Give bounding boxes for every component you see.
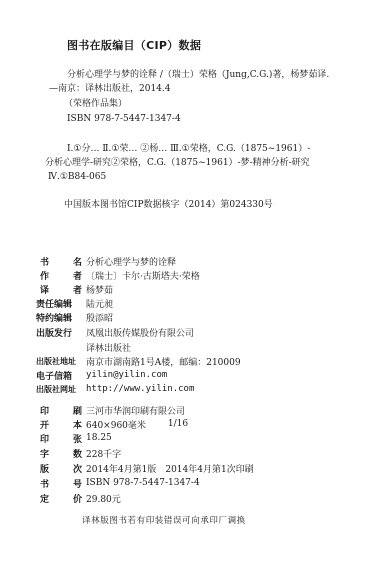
label: 译	[40, 283, 49, 296]
colophon-row-email: 电子信箱 yilin@yilin.com	[36, 368, 167, 382]
label: 价	[73, 492, 82, 505]
cip-isbn: ISBN 978-7-5447-1347-4	[67, 113, 181, 126]
editor-value: 陆元昶	[86, 297, 113, 310]
address-value: 南京市湖南路1号A楼，邮编：210009	[86, 355, 241, 368]
label: 张	[73, 432, 82, 445]
label: 定	[40, 492, 49, 505]
colophon-row-editor: 责任编辑 陆元昶	[36, 296, 113, 310]
colophon-row-word-count: 字数 228千字	[36, 446, 121, 460]
label: 书	[40, 477, 49, 490]
label: 数	[73, 447, 82, 460]
colophon-row-title: 书名 分析心理学与梦的诠释	[36, 254, 176, 268]
cip-approval-number: 中国版本图书馆CIP数据核字（2014）第024330号	[64, 199, 273, 212]
colophon-row-sheets: 印张 18.25	[36, 431, 112, 445]
cip-entry-line-2: —南京：译林出版社，2014.4	[49, 83, 171, 96]
label: 者	[73, 283, 82, 296]
word-count-value: 228千字	[86, 447, 121, 460]
label: 本	[73, 418, 82, 431]
label: 印	[40, 432, 49, 445]
cip-series: （荣格作品集）	[64, 98, 127, 111]
label: 名	[73, 255, 82, 268]
label: 版	[40, 462, 49, 475]
colophon-row-special-editor: 特约编辑 殷添昭	[36, 310, 113, 324]
label: 印	[40, 404, 49, 417]
special-editor-value: 殷添昭	[86, 311, 113, 324]
edition-value: 2014年4月第1版 2014年4月第1次印刷	[86, 462, 254, 475]
colophon-row-website: 出版社网址 http://www.yilin.com	[36, 382, 194, 396]
cip-subject-line-3: Ⅳ.①B84-065	[48, 171, 106, 184]
cip-title: 图书在版编目（CIP）数据	[67, 37, 201, 53]
cip-entry-line-1: 分析心理学与梦的诠释 /（瑞士）荣格（Jung,C.G.)著，杨梦茹译.	[67, 69, 329, 82]
label: 特约编辑	[36, 311, 84, 324]
book-title-value: 分析心理学与梦的诠释	[86, 255, 176, 268]
label: 号	[73, 477, 82, 490]
colophon-row-edition: 版次 2014年4月第1版 2014年4月第1次印刷	[36, 461, 254, 475]
colophon-row-price: 定价 29.80元	[36, 491, 121, 505]
colophon-row-author: 作者 〔瑞士〕卡尔·古斯塔夫·荣格	[36, 268, 200, 282]
label: 作	[40, 269, 49, 282]
cip-subject-line-1: Ⅰ.①分… Ⅱ.①荣… ②杨… Ⅲ.①荣格，C.G.（1875~1961）-	[67, 143, 310, 156]
printer-value: 三河市华润印刷有限公司	[86, 404, 185, 417]
misprint-notice: 译林版图书若有印装错误可向承印厂调换	[82, 514, 246, 526]
colophon-row-address: 出版社地址 南京市湖南路1号A楼，邮编：210009	[36, 354, 241, 368]
colophon-row-format: 开本 640×960毫米 1/16	[36, 417, 188, 431]
label: 出版发行	[36, 326, 84, 339]
label: 电子信箱	[36, 369, 84, 382]
cip-subject-line-2: 分析心理学-研究②荣格，C.G.（1875~1961）-梦-精神分析-研究	[45, 157, 310, 170]
translator-value: 杨梦茹	[86, 283, 113, 296]
price-value: 29.80元	[86, 492, 121, 505]
colophon-row-translator: 译者 杨梦茹	[36, 282, 113, 296]
label: 出版社网址	[36, 384, 84, 395]
label: 开	[40, 418, 49, 431]
label: 出版社地址	[36, 356, 84, 367]
label: 者	[73, 269, 82, 282]
isbn-value: ISBN 978-7-5447-1347-4	[86, 478, 200, 488]
sheets-value: 18.25	[86, 433, 112, 443]
label: 书	[40, 255, 49, 268]
label: 责任编辑	[36, 297, 84, 310]
format-fraction: 1/16	[168, 419, 188, 429]
format-value: 640×960毫米	[86, 418, 146, 431]
label: 刷	[73, 404, 82, 417]
colophon-row-isbn: 书号 ISBN 978-7-5447-1347-4	[36, 476, 200, 490]
publisher-value: 凤凰出版传媒股份有限公司	[86, 326, 194, 339]
colophon-row-publisher-2: 译林出版社	[36, 340, 131, 354]
email-link[interactable]: yilin@yilin.com	[86, 370, 167, 380]
website-link[interactable]: http://www.yilin.com	[86, 384, 194, 394]
label: 次	[73, 462, 82, 475]
colophon-row-printer: 印刷 三河市华润印刷有限公司	[36, 403, 185, 417]
publisher-imprint-value: 译林出版社	[86, 341, 131, 354]
author-value: 〔瑞士〕卡尔·古斯塔夫·荣格	[86, 269, 200, 282]
colophon-row-publisher: 出版发行 凤凰出版传媒股份有限公司	[36, 325, 194, 339]
label: 字	[40, 447, 49, 460]
